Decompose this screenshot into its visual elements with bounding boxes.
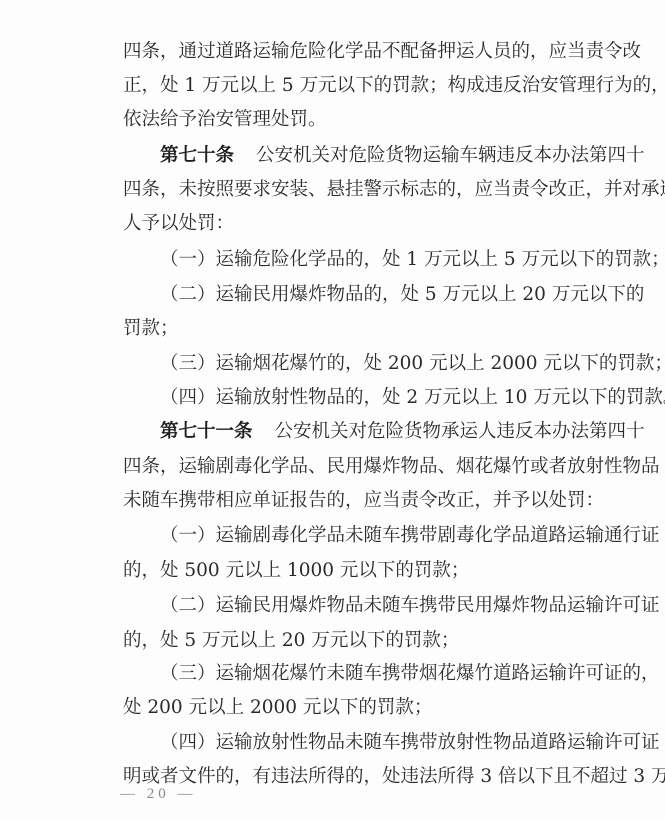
text-line: 四条，通过道路运输危险化学品不配备押运人员的，应当责令改 [123, 35, 620, 69]
article-70-line: 第七十条公安机关对危险货物运输车辆违反本办法第四十 [160, 139, 620, 173]
list-item: （二）运输民用爆炸物品的，处 5 万元以上 20 万元以下的 [160, 278, 620, 312]
article-heading: 第七十条 [160, 145, 234, 166]
text-line: 的，处 500 元以上 1000 元以下的罚款； [123, 554, 620, 588]
list-item: （三）运输烟花爆竹的，处 200 元以上 2000 元以下的罚款； [160, 347, 620, 381]
text-line: 的，处 5 万元以上 20 万元以下的罚款； [123, 624, 620, 658]
list-item: （四）运输放射性物品未随车携带放射性物品道路运输许可证 [160, 726, 620, 760]
article-text: 公安机关对危险货物承运人违反本办法第四十 [275, 421, 645, 442]
document-page: 四条，通过道路运输危险化学品不配备押运人员的，应当责令改 正，处 1 万元以上 … [0, 0, 665, 821]
text-line: 未随车携带相应单证报告的，应当责令改正，并予以处罚： [123, 484, 620, 518]
list-item: （三）运输烟花爆竹未随车携带烟花爆竹道路运输许可证的， [160, 657, 620, 691]
article-71-line: 第七十一条公安机关对危险货物承运人违反本办法第四十 [160, 415, 620, 449]
list-item: （四）运输放射性物品的，处 2 万元以上 10 万元以下的罚款。 [160, 381, 620, 415]
article-heading: 第七十一条 [160, 421, 253, 442]
article-text: 公安机关对危险货物运输车辆违反本办法第四十 [256, 145, 645, 166]
list-item: （一）运输危险化学品的，处 1 万元以上 5 万元以下的罚款； [160, 243, 620, 277]
text-line: 罚款； [123, 312, 620, 346]
text-line: 依法给予治安管理处罚。 [123, 103, 620, 137]
list-item: （二）运输民用爆炸物品未随车携带民用爆炸物品运输许可证 [160, 589, 620, 623]
text-line: 四条，运输剧毒化学品、民用爆炸物品、烟花爆竹或者放射性物品 [123, 450, 620, 484]
text-line: 明或者文件的，有违法所得的，处违法所得 3 倍以下且不超过 3 万 [123, 760, 620, 794]
page-number: — 20 — [120, 786, 197, 803]
text-line: 人予以处罚： [123, 207, 620, 241]
text-line: 四条，未按照要求安装、悬挂警示标志的，应当责令改正，并对承运 [123, 173, 620, 207]
text-line: 正，处 1 万元以上 5 万元以下的罚款；构成违反治安管理行为的， [123, 69, 620, 103]
text-line: 处 200 元以上 2000 元以下的罚款； [123, 691, 620, 725]
list-item: （一）运输剧毒化学品未随车携带剧毒化学品道路运输通行证 [160, 519, 620, 553]
